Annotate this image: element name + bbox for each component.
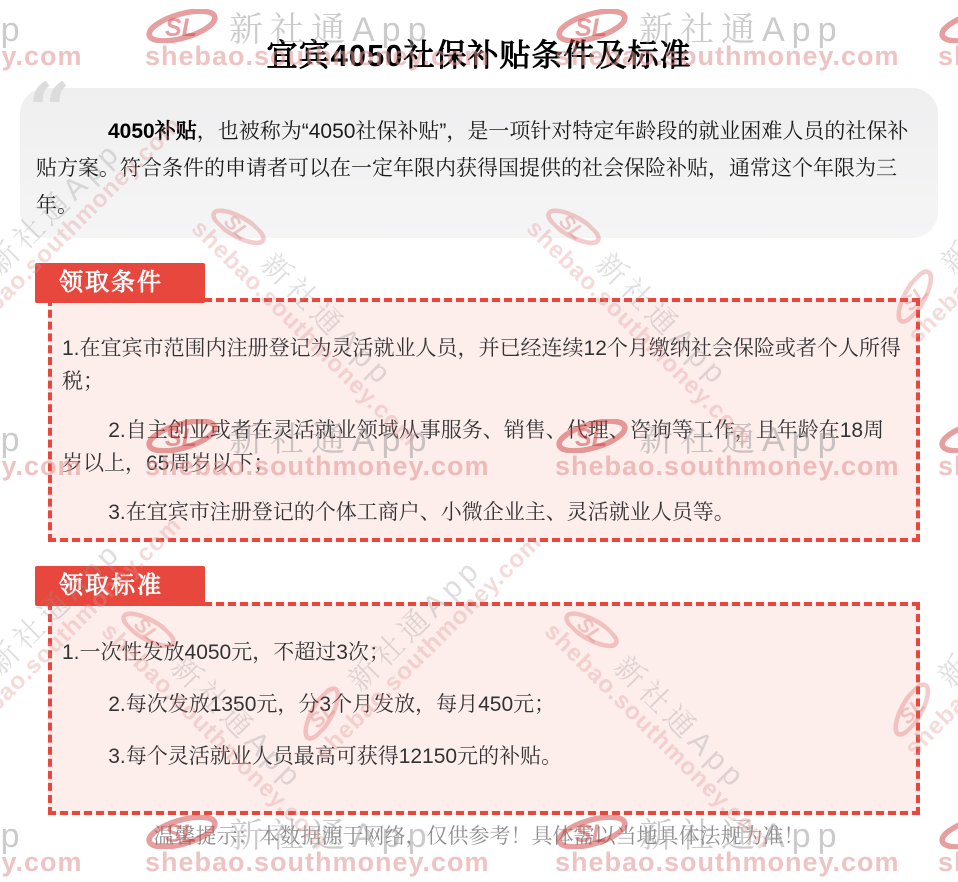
standard-item-2: 2.每次发放1350元，分3个月发放，每月450元； bbox=[62, 688, 902, 721]
intro-card: “ 4050补贴，也被称为“4050社保补贴”，是一项针对特定年龄段的就业困难人… bbox=[20, 88, 938, 238]
condition-item-1: 1.在宜宾市范围内注册登记为灵活就业人员，并已经连续12个月缴纳社会保险或者个人… bbox=[62, 332, 902, 398]
watermark-site-text: shebao.southmoney.com bbox=[938, 451, 958, 482]
condition-item-3: 3.在宜宾市注册登记的个体工商户、小微企业主、灵活就业人员等。 bbox=[62, 496, 902, 529]
condition-item-2: 2.自主创业或者在灵活就业领域从事服务、销售、代理、咨询等工作，且年龄在18周岁… bbox=[62, 414, 902, 480]
intro-paragraph: 4050补贴，也被称为“4050社保补贴”，是一项针对特定年龄段的就业困难人员的… bbox=[20, 88, 938, 224]
watermark-brand-line: SL新社通App bbox=[938, 416, 958, 456]
watermark-site-text: shebao.southmoney.com bbox=[938, 847, 958, 878]
standard-item-3: 3.每个灵活就业人员最高可获得12150元的补贴。 bbox=[62, 740, 902, 773]
page: 宜宾4050社保补贴条件及标准 “ 4050补贴，也被称为“4050社保补贴”，… bbox=[0, 0, 958, 882]
standards-box: 1.一次性发放4050元，不超过3次； 2.每次发放1350元，分3个月发放，每… bbox=[48, 602, 920, 815]
conditions-box: 1.在宜宾市范围内注册登记为灵活就业人员，并已经连续12个月缴纳社会保险或者个人… bbox=[48, 298, 920, 542]
watermark-site-text: shebao.southmoney.com bbox=[0, 847, 83, 878]
page-title: 宜宾4050社保补贴条件及标准 bbox=[0, 30, 958, 75]
watermark-brand-text: 新社通App bbox=[926, 542, 958, 696]
standards-heading: 领取标准 bbox=[35, 566, 205, 606]
watermark-site-text: shebao.southmoney.com bbox=[555, 847, 900, 878]
standard-item-1: 1.一次性发放4050元，不超过3次； bbox=[62, 636, 902, 669]
conditions-heading: 领取条件 bbox=[35, 263, 205, 303]
watermark-site-text: shebao.southmoney.com bbox=[145, 847, 490, 878]
intro-lead-text: 4050补贴 bbox=[108, 120, 197, 143]
brand-swoosh-icon: SL bbox=[938, 419, 958, 453]
footer-note: 温馨提示：本数据源于网络，仅供参考！具体需以当地具体法规为准！ bbox=[0, 820, 958, 850]
watermark-brand-text: 新社通App bbox=[0, 412, 27, 461]
watermark-tile: SL新社通Appshebao.southmoney.com bbox=[938, 416, 958, 482]
